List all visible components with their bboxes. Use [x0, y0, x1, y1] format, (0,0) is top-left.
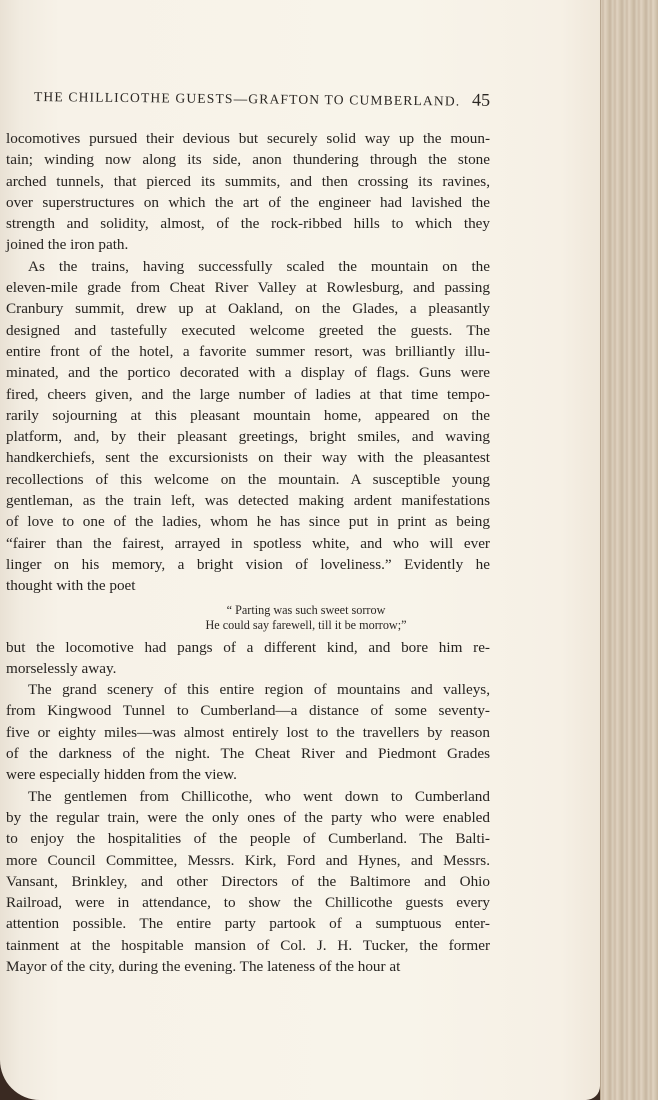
page-edges	[600, 0, 658, 1100]
text-line: by the regular train, were the only ones…	[6, 807, 490, 828]
text-line: handkerchiefs, sent the excursionists on…	[6, 447, 490, 468]
body-text: locomotives pursued their devious but se…	[6, 128, 490, 977]
text-line: linger on his memory, a bright vision of…	[6, 554, 490, 575]
text-line: were especially hidden from the view.	[6, 764, 490, 785]
text-line: entire front of the hotel, a favorite su…	[6, 341, 490, 362]
text-line: five or eighty miles—was almost entirely…	[6, 722, 490, 743]
running-head: THE CHILLICOTHE GUESTS—GRAFTON TO CUMBER…	[34, 89, 461, 109]
text-line: Railroad, were in attendance, to show th…	[6, 892, 490, 913]
text-line: strength and solidity, almost, of the ro…	[6, 213, 490, 234]
text-line: eleven-mile grade from Cheat River Valle…	[6, 277, 490, 298]
text-line: minated, and the portico decorated with …	[6, 362, 490, 383]
text-line: Vansant, Brinkley, and other Directors o…	[6, 871, 490, 892]
text-line: from Kingwood Tunnel to Cumberland—a dis…	[6, 700, 490, 721]
text-line: platform, and, by their pleasant greetin…	[6, 426, 490, 447]
page-number: 45	[472, 90, 490, 111]
text-line: rarily sojourning at this pleasant mount…	[6, 405, 490, 426]
book-page: THE CHILLICOTHE GUESTS—GRAFTON TO CUMBER…	[0, 0, 600, 1100]
text-line: Mayor of the city, during the evening. T…	[6, 956, 490, 977]
text-line: recollections of this welcome on the mou…	[6, 469, 490, 490]
page-header: THE CHILLICOTHE GUESTS—GRAFTON TO CUMBER…	[30, 89, 490, 116]
paragraph-block-1: locomotives pursued their devious but se…	[6, 128, 490, 597]
text-line: attention possible. The entire party par…	[6, 913, 490, 934]
text-line: Cranbury summit, drew up at Oakland, on …	[6, 298, 490, 319]
text-line: thought with the poet	[6, 575, 490, 596]
text-line: but the locomotive had pangs of a differ…	[6, 637, 490, 658]
text-line: tainment at the hospitable mansion of Co…	[6, 935, 490, 956]
quote-line: He could say farewell, till it be morrow…	[126, 618, 486, 633]
text-line: The gentlemen from Chillicothe, who went…	[6, 786, 490, 807]
paragraph-block-2: but the locomotive had pangs of a differ…	[6, 637, 490, 978]
text-line: As the trains, having successfully scale…	[6, 256, 490, 277]
text-line: of love to one of the ladies, whom he ha…	[6, 511, 490, 532]
text-line: more Council Committee, Messrs. Kirk, Fo…	[6, 850, 490, 871]
text-line: tain; winding now along its side, anon t…	[6, 149, 490, 170]
text-line: gentleman, as the train left, was detect…	[6, 490, 490, 511]
text-line: designed and tastefully executed welcome…	[6, 320, 490, 341]
poem-quote: “ Parting was such sweet sorrow He could…	[6, 597, 486, 637]
text-line: morselessly away.	[6, 658, 490, 679]
text-line: locomotives pursued their devious but se…	[6, 128, 490, 149]
text-line: joined the iron path.	[6, 234, 490, 255]
text-line: to enjoy the hospitalities of the people…	[6, 828, 490, 849]
text-line: fired, cheers given, and the large numbe…	[6, 384, 490, 405]
text-line: The grand scenery of this entire region …	[6, 679, 490, 700]
text-line: “fairer than the fairest, arrayed in spo…	[6, 533, 490, 554]
text-line: arched tunnels, that pierced its summits…	[6, 171, 490, 192]
quote-line: “ Parting was such sweet sorrow	[126, 603, 486, 618]
text-line: of the darkness of the night. The Cheat …	[6, 743, 490, 764]
text-line: over superstructures on which the art of…	[6, 192, 490, 213]
